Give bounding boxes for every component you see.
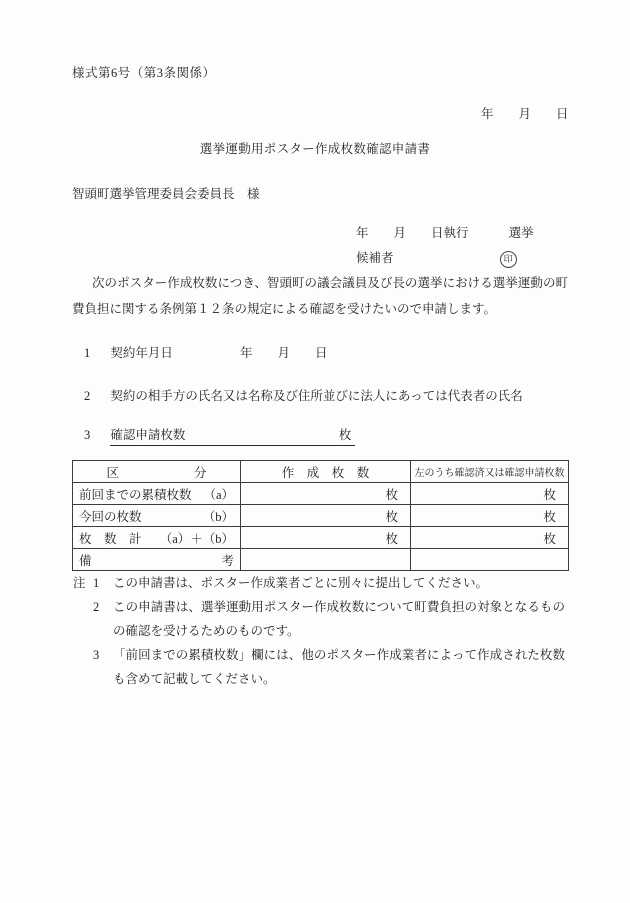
- note-item: 3 「前回までの累積枚数」欄には、他のポスター作成業者によって作成された枚数も含…: [93, 643, 565, 691]
- item-label: 確認申請枚数: [110, 425, 185, 443]
- table-row: 今回の枚数 （b） 枚 枚: [73, 505, 569, 527]
- form-number: 様式第6号（第3条関係）: [72, 63, 216, 81]
- item-requested-count: 3 確認申請枚数 枚: [84, 425, 355, 446]
- note-number: 3: [93, 643, 113, 691]
- remarks-cell: [241, 549, 411, 571]
- made-count-cell: 枚: [241, 527, 411, 549]
- table-row-remarks: 備 考: [73, 549, 569, 571]
- header-made-count: 作 成 枚 数: [241, 461, 411, 483]
- poster-count-table: 区 分 作 成 枚 数 左のうち確認済又は確認申請枚数 前回までの累積枚数 （a…: [72, 460, 569, 571]
- made-count-cell: 枚: [241, 505, 411, 527]
- item-number: 3: [84, 428, 90, 442]
- execution-date-line: 年 月 日執行 選挙: [356, 221, 534, 246]
- body-paragraph: 次のポスター作成枚数につき、智頭町の議会議員及び長の選挙における選挙運動の町費負…: [72, 270, 568, 322]
- document-page: 様式第6号（第3条関係） 年 月 日 選挙運動用ポスター作成枚数確認申請書 智頭…: [0, 0, 630, 903]
- row-label: 備: [79, 551, 92, 569]
- unit-label: 枚: [339, 425, 352, 443]
- execution-date-blank: 年 月 日執行: [356, 226, 469, 240]
- item-contract-party: 2 契約の相手方の氏名又は名称及び住所並びに法人にあっては代表者の氏名: [84, 386, 523, 404]
- confirmed-count-cell: 枚: [411, 527, 569, 549]
- item-number: 1: [84, 346, 90, 360]
- row-code: （b）: [203, 507, 234, 525]
- item-date-blank: 年 月 日: [240, 346, 328, 360]
- item-label: 契約の相手方の氏名又は名称及び住所並びに法人にあっては代表者の氏名: [110, 389, 522, 403]
- row-label: 前回までの累積枚数: [79, 485, 192, 503]
- note-text: 「前回までの累積枚数」欄には、他のポスター作成業者によって作成された枚数も含めて…: [113, 643, 565, 691]
- made-count-cell: 枚: [241, 483, 411, 505]
- notes-marker: 注: [73, 571, 93, 691]
- row-code: （a）＋（b）: [160, 529, 234, 547]
- execution-block: 年 月 日執行 選挙 候補者 印: [356, 221, 534, 271]
- row-label: 枚 数 計: [79, 529, 142, 547]
- note-number: 2: [93, 595, 113, 643]
- row-label: 今回の枚数: [79, 507, 142, 525]
- date-line-blank: 年 月 日: [481, 104, 569, 122]
- requested-count-underline-field: 確認申請枚数 枚: [110, 425, 355, 446]
- table-row: 枚 数 計 （a）＋（b） 枚 枚: [73, 527, 569, 549]
- row-code: （a）: [203, 485, 234, 503]
- remarks-cell: [411, 549, 569, 571]
- candidate-label: 候補者: [356, 251, 394, 265]
- note-item: 2 この申請書は、選挙運動用ポスター作成枚数について町費負担の対象となるものの確…: [93, 595, 565, 643]
- item-label: 契約年月日: [110, 346, 173, 360]
- note-number: 1: [93, 571, 113, 595]
- confirmed-count-cell: 枚: [411, 505, 569, 527]
- table-row: 前回までの累積枚数 （a） 枚 枚: [73, 483, 569, 505]
- notes-block: 注 1 この申請書は、ポスター作成業者ごとに別々に提出してください。 2 この申…: [73, 571, 565, 691]
- table-header-row: 区 分 作 成 枚 数 左のうち確認済又は確認申請枚数: [73, 461, 569, 483]
- addressee-line: 智頭町選挙管理委員会委員長 様: [72, 184, 260, 202]
- note-item: 1 この申請書は、ポスター作成業者ごとに別々に提出してください。: [93, 571, 565, 595]
- header-category: 区 分: [73, 461, 241, 483]
- header-confirmed-count: 左のうち確認済又は確認申請枚数: [411, 461, 569, 483]
- item-number: 2: [84, 389, 90, 403]
- page-title: 選挙運動用ポスター作成枚数確認申請書: [0, 139, 630, 157]
- candidate-line: 候補者 印: [356, 246, 534, 271]
- note-text: この申請書は、選挙運動用ポスター作成枚数について町費負担の対象となるものの確認を…: [113, 595, 565, 643]
- seal-icon: 印: [500, 251, 517, 268]
- row-code: 考: [221, 551, 234, 569]
- note-text: この申請書は、ポスター作成業者ごとに別々に提出してください。: [113, 571, 565, 595]
- election-label: 選挙: [509, 226, 534, 240]
- confirmed-count-cell: 枚: [411, 483, 569, 505]
- notes-list: 1 この申請書は、ポスター作成業者ごとに別々に提出してください。 2 この申請書…: [93, 571, 565, 691]
- item-contract-date: 1 契約年月日 年 月 日: [84, 343, 328, 361]
